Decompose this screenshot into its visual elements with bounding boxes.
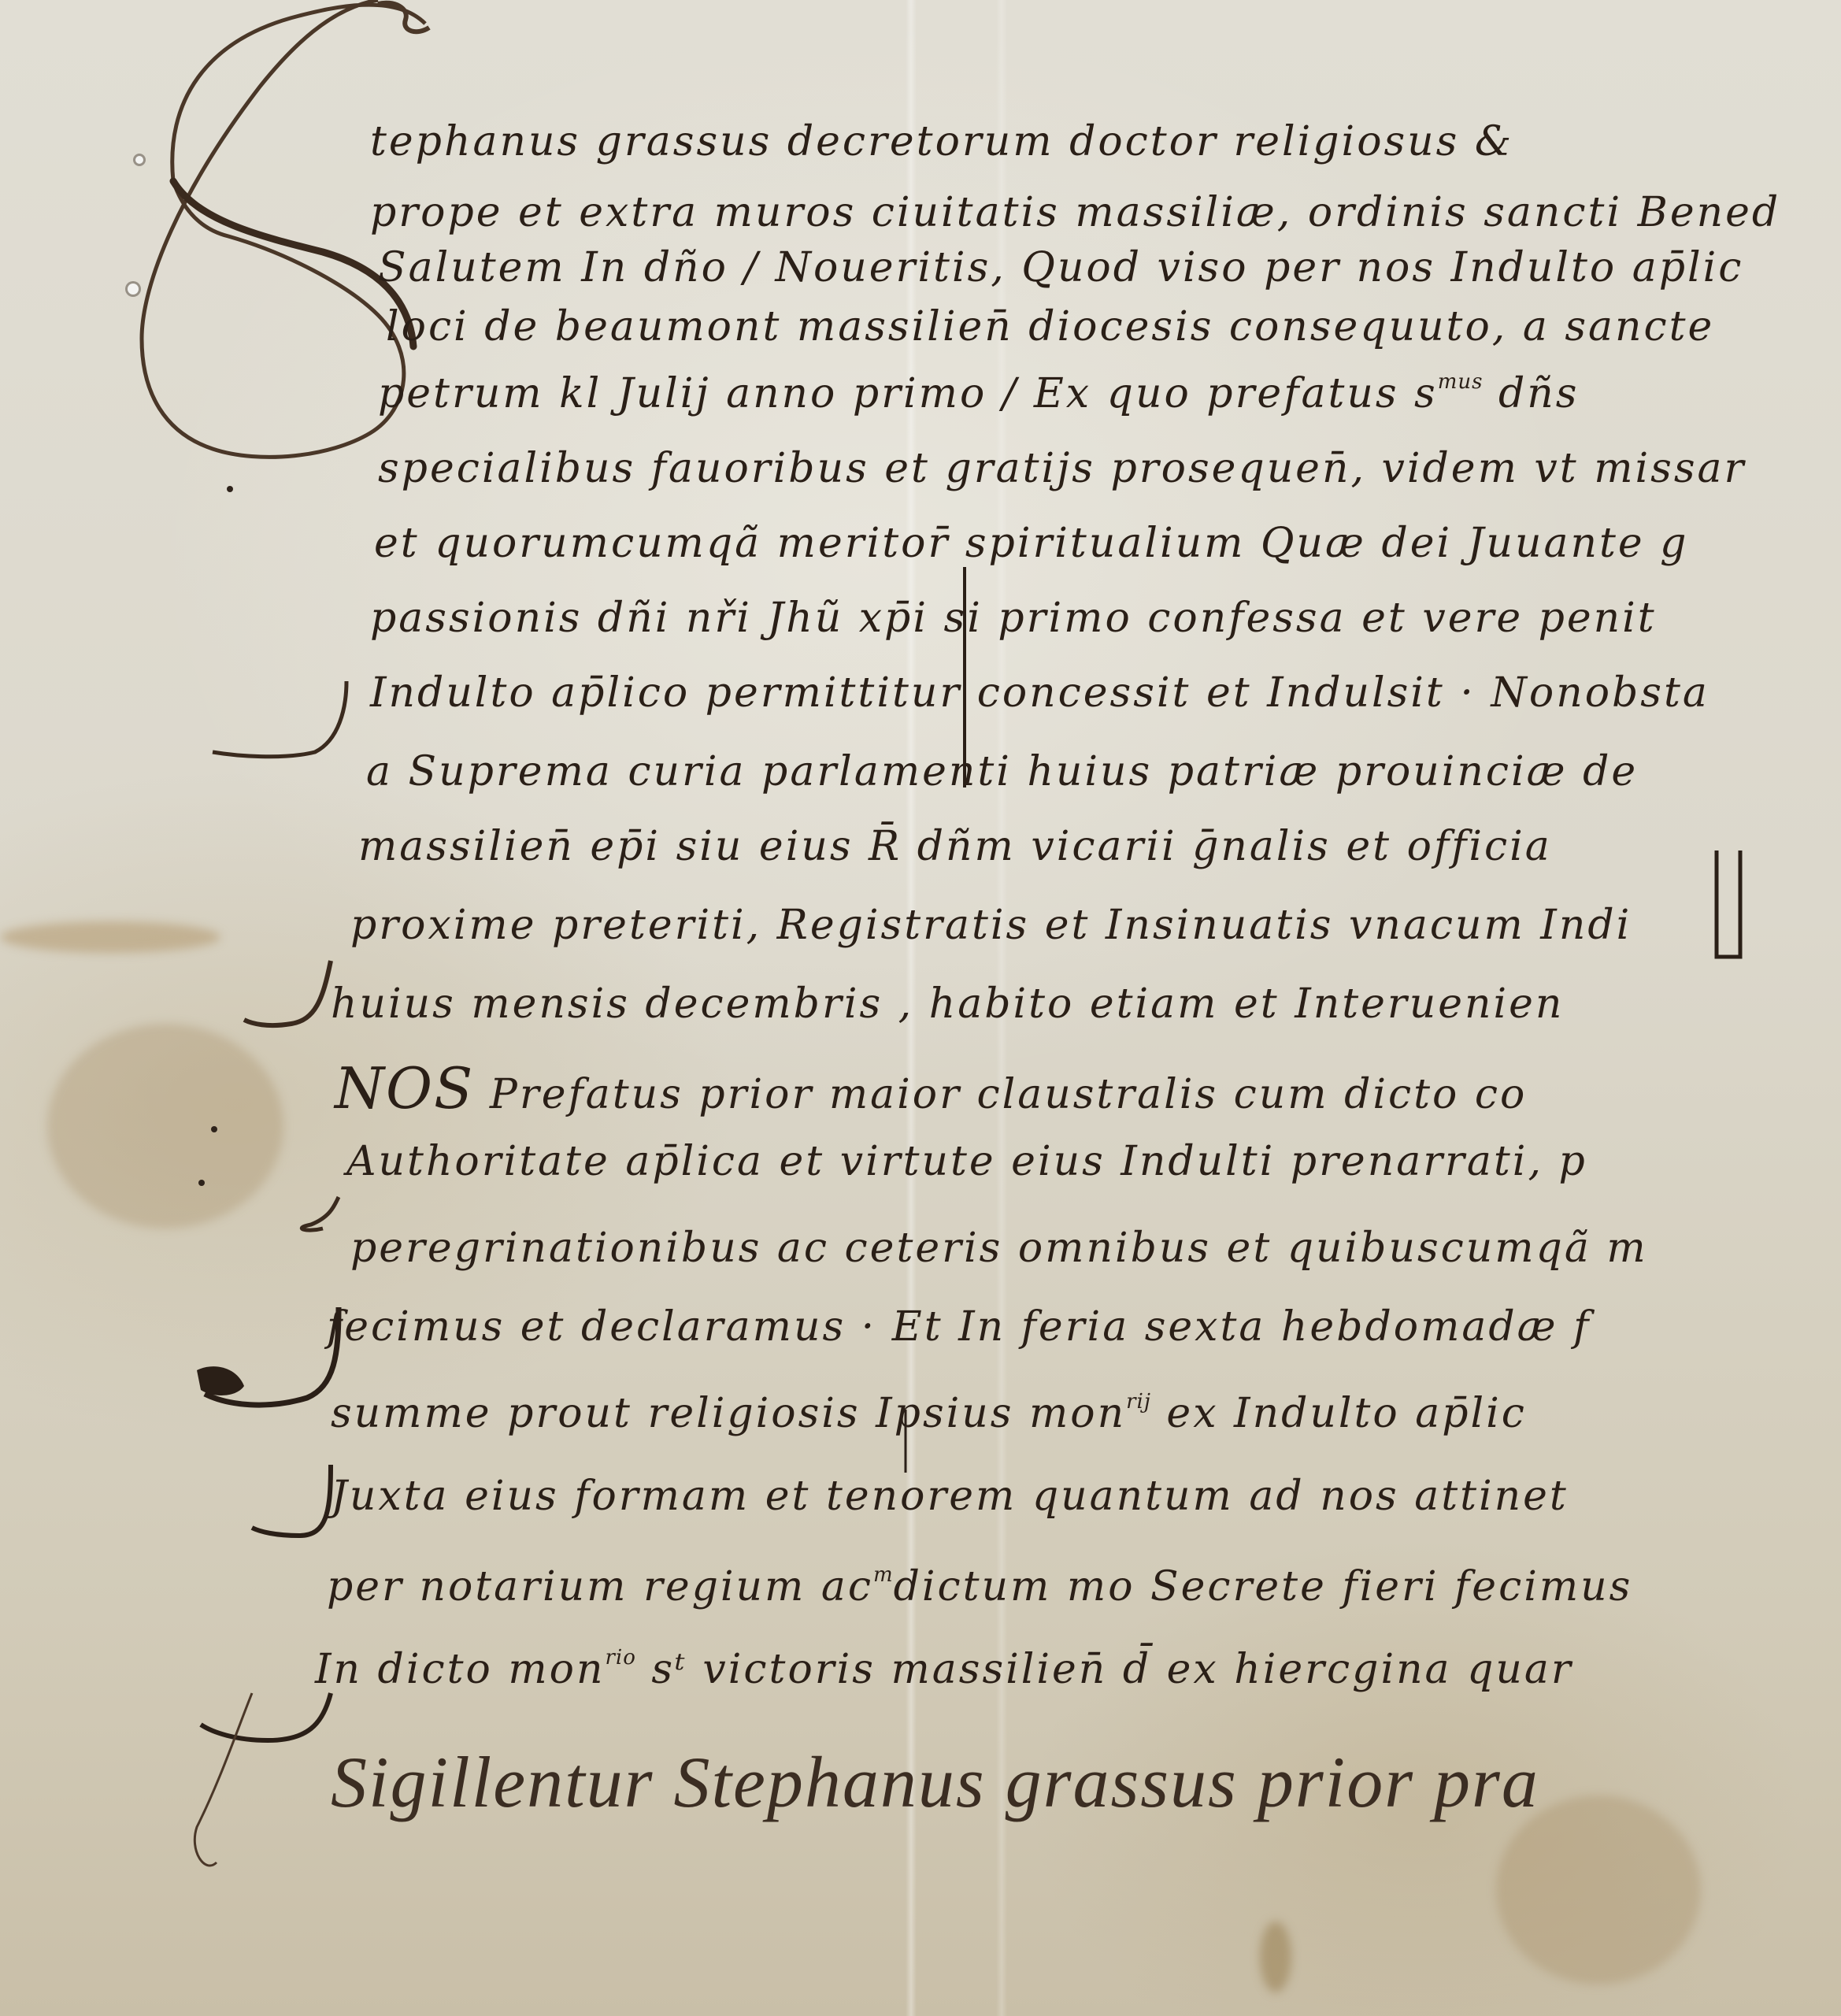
line-18-superscript: rij	[1126, 1390, 1151, 1414]
line-20-superscript: m	[873, 1563, 894, 1587]
manuscript-line-20: per notarium regium acmdictum mo Secrete…	[327, 1563, 1632, 1610]
line-14-lead-nos: NOS	[335, 1055, 474, 1121]
manuscript-line-17: fecimus et declaramus · Et In feria sext…	[327, 1303, 1591, 1351]
signature-line: Sigillentur Stephanus grassus prior pra	[331, 1740, 1539, 1824]
manuscript-line-3: Salutem In dño / Noueritis, Quod viso pe…	[378, 244, 1743, 291]
line-5-text: petrum kl Julij anno primo / Ex quo pref…	[378, 370, 1438, 417]
manuscript-line-7: et quorumcumqã meritor̄ spiritualium Quæ…	[374, 520, 1688, 567]
manuscript-line-2: prope et extra muros ciuitatis massiliæ,…	[370, 189, 1780, 236]
line-5-superscript: mus	[1438, 370, 1484, 394]
line-18-text: summe prout religiosis Ipsius mon	[331, 1390, 1126, 1437]
manuscript-line-14: NOS Prefatus prior maior claustralis cum…	[335, 1055, 1527, 1121]
manuscript-line-10: a Suprema curia parlamenti huius patriæ …	[366, 748, 1638, 795]
line-21-text: In dicto mon	[315, 1646, 605, 1693]
manuscript-body: tephanus grassus decretorum doctor relig…	[0, 0, 1841, 2016]
line-21-superscript: rio	[605, 1646, 635, 1669]
line-14-text: Prefatus prior maior claustralis cum dic…	[490, 1071, 1527, 1118]
manuscript-line-18: summe prout religiosis Ipsius monrij ex …	[331, 1390, 1527, 1437]
manuscript-line-5: petrum kl Julij anno primo / Ex quo pref…	[378, 370, 1579, 417]
line-20-text: per notarium regium ac	[327, 1563, 873, 1610]
manuscript-line-12: proxime preteriti, Registratis et Insinu…	[350, 902, 1632, 949]
manuscript-line-19: Juxta eius formam et tenorem quantum ad …	[331, 1473, 1569, 1520]
manuscript-line-21: In dicto monrio sᵗ victoris massilien̄ d…	[315, 1646, 1573, 1693]
manuscript-line-6: specialibus fauoribus et gratijs prosequ…	[378, 445, 1746, 492]
manuscript-line-4: loci de beaumont massilien̄ diocesis con…	[386, 303, 1714, 350]
manuscript-line-1: tephanus grassus decretorum doctor relig…	[370, 118, 1513, 165]
line-18-tail: ex Indulto ap̄lic	[1151, 1390, 1527, 1437]
manuscript-line-13: huius mensis decembris , habito etiam et…	[331, 980, 1564, 1028]
manuscript-line-9: Indulto ap̄lico permittitur concessit et…	[370, 669, 1709, 717]
line-21-tail: sᵗ victoris massilien̄ d̄ ex hiercgina q…	[636, 1646, 1573, 1693]
manuscript-line-16: peregrinationibus ac ceteris omnibus et …	[350, 1225, 1648, 1272]
line-5-tail: dñs	[1483, 370, 1579, 417]
manuscript-line-15: Authoritate ap̄lica et virtute eius Indu…	[346, 1138, 1587, 1185]
manuscript-line-11: massilien̄ ep̄i siu eius R̄ dñm vicarii …	[358, 823, 1552, 870]
line-20-tail: dictum mo Secrete fieri fecimus	[894, 1563, 1633, 1610]
manuscript-line-8: passionis dñi nři Jhũ xp̄i si primo conf…	[370, 595, 1657, 642]
